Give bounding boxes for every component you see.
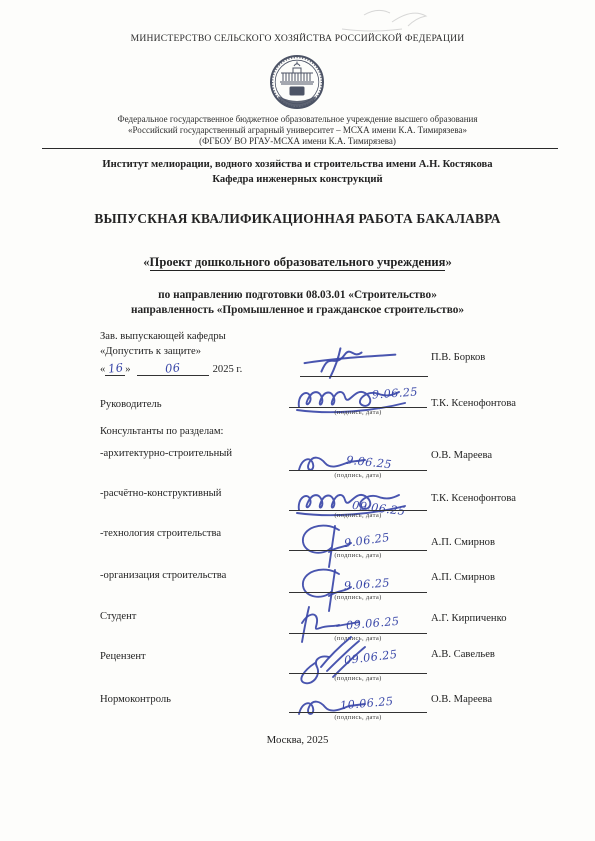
signature-caption: (подпись, дата) bbox=[289, 714, 427, 721]
signature-caption: (подпись, дата) bbox=[289, 409, 427, 416]
row-label: Студент bbox=[100, 611, 136, 622]
signature-caption: (подпись, дата) bbox=[289, 552, 427, 559]
row-label: Нормоконтроль bbox=[100, 694, 171, 705]
seal-year-label: 1865 bbox=[292, 89, 303, 95]
title-quote-open: « bbox=[143, 255, 149, 269]
person-name: А.В. Савельев bbox=[431, 649, 495, 660]
person-name: Т.К. Ксенофонтова bbox=[431, 398, 516, 409]
header-divider bbox=[42, 148, 558, 149]
row-label: Рецензент bbox=[100, 651, 146, 662]
row-label: Руководитель bbox=[100, 399, 162, 410]
row-label: -архитектурно-строительный bbox=[100, 448, 232, 459]
row-label: -технология строительства bbox=[100, 528, 221, 539]
handwritten-month: 06 bbox=[164, 360, 181, 376]
person-name: А.П. Смирнов bbox=[431, 537, 495, 548]
signature-row: Нормоконтроль 10.06.25 (подпись, дата) О… bbox=[0, 688, 595, 740]
title-quote-close: » bbox=[445, 255, 451, 269]
program-line-1: по направлению подготовки 08.03.01 «Стро… bbox=[0, 289, 595, 301]
person-name: А.Г. Кирпиченко bbox=[431, 613, 507, 624]
department-name: Кафедра инженерных конструкций bbox=[0, 174, 595, 185]
row-label: -организация строительства bbox=[100, 570, 226, 581]
person-name: А.П. Смирнов bbox=[431, 572, 495, 583]
university-name-line-3: (ФГБОУ ВО РГАУ-МСХА имени К.А. Тимирязев… bbox=[0, 136, 595, 147]
department-head-name: П.В. Борков bbox=[431, 352, 485, 363]
signature-row: Руководитель 9.06.25 (подпись, дата) Т.К… bbox=[0, 383, 595, 435]
institute-name: Институт мелиорации, водного хозяйства и… bbox=[0, 159, 595, 170]
approval-year: 2025 г. bbox=[213, 364, 243, 375]
signature-line bbox=[289, 407, 427, 408]
signature-line bbox=[289, 592, 427, 593]
city-year-line: Москва, 2025 bbox=[0, 734, 595, 746]
signature-caption: (подпись, дата) bbox=[289, 594, 427, 601]
signature-line bbox=[289, 712, 427, 713]
work-type-heading: ВЫПУСКНАЯ КВАЛИФИКАЦИОННАЯ РАБОТА БАКАЛА… bbox=[0, 211, 595, 227]
consultants-header: Консультанты по разделам: bbox=[100, 426, 223, 437]
person-name: О.В. Мареева bbox=[431, 450, 492, 461]
university-name-line-1: Федеральное государственное бюджетное об… bbox=[0, 114, 595, 125]
approval-label-line-1: Зав. выпускающей кафедры bbox=[100, 331, 226, 342]
program-line-2: направленность «Промышленное и гражданск… bbox=[0, 304, 595, 316]
person-name: Т.К. Ксенофонтова bbox=[431, 493, 516, 504]
title-text: Проект дошкольного образовательного учре… bbox=[150, 255, 446, 271]
handwritten-day: 16 bbox=[107, 360, 124, 376]
signature-line bbox=[289, 550, 427, 551]
signature-caption: (подпись, дата) bbox=[289, 472, 427, 479]
person-name: О.В. Мареева bbox=[431, 694, 492, 705]
thesis-title-page: МИНИСТЕРСТВО СЕЛЬСКОГО ХОЗЯЙСТВА РОССИЙС… bbox=[0, 0, 595, 841]
signature-line bbox=[289, 633, 427, 634]
signature-line bbox=[289, 510, 427, 511]
university-name-line-2: «Российский государственный аграрный уни… bbox=[0, 125, 595, 136]
university-seal-icon: 1865 bbox=[265, 51, 329, 115]
thesis-title: «Проект дошкольного образовательного учр… bbox=[0, 255, 595, 270]
row-label: -расчётно-конструктивный bbox=[100, 488, 221, 499]
signature-line bbox=[289, 673, 427, 674]
signature-line bbox=[300, 376, 428, 377]
approval-date-row: «16»062025 г. bbox=[100, 361, 242, 376]
ministry-line: МИНИСТЕРСТВО СЕЛЬСКОГО ХОЗЯЙСТВА РОССИЙС… bbox=[0, 33, 595, 44]
signature-scribble-icon bbox=[296, 342, 406, 380]
approval-label-line-2: «Допустить к защите» bbox=[100, 346, 201, 357]
quote-close: » bbox=[125, 364, 130, 375]
pencil-marks bbox=[330, 2, 520, 36]
handwritten-date: 9.06.25 bbox=[344, 576, 391, 592]
signature-caption: (подпись, дата) bbox=[289, 675, 427, 682]
signature-line bbox=[289, 470, 427, 471]
signature-caption: (подпись, дата) bbox=[289, 512, 427, 519]
